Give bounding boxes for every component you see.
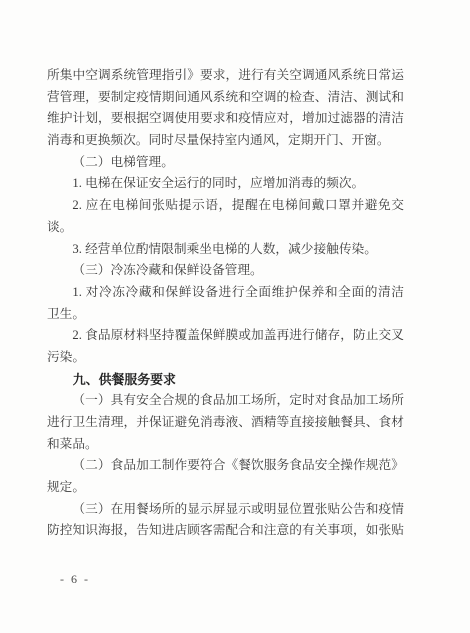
text-line: （一）具有安全合规的食品加工场所，定时对食品加工场所 (47, 390, 404, 412)
text-line: （二）电梯管理。 (47, 152, 404, 174)
text-line: （三）冷冻冷藏和保鲜设备管理。 (47, 260, 404, 282)
text-line: 1. 对冷冻冷藏和保鲜设备进行全面维护保养和全面的清洁 (47, 282, 404, 304)
page-number: - 6 - (60, 572, 90, 587)
text-line: 营管理，要制定疫情期间通风系统和空调的检查、清洁、测试和 (47, 87, 404, 109)
text-line: 2. 食品原材料坚持覆盖保鲜膜或加盖再进行储存，防止交叉 (47, 325, 404, 347)
text-line: （二）食品加工制作要符合《餐饮服务食品安全操作规范》 (47, 455, 404, 477)
text-line: 所集中空调系统管理指引》要求，进行有关空调通风系统日常运 (47, 65, 404, 87)
text-line: 规定。 (47, 477, 404, 499)
text-line: 2. 应在电梯间张贴提示语，提醒在电梯间戴口罩并避免交 (47, 195, 404, 217)
text-line: 进行卫生清理，并保证避免消毒液、酒精等直接接触餐具、食材 (47, 412, 404, 434)
text-line: 和菜品。 (47, 434, 404, 456)
text-line: 3. 经营单位酌情限制乘坐电梯的人数，减少接触传染。 (47, 239, 404, 261)
section-heading: 九、供餐服务要求 (47, 369, 404, 391)
text-line: 消毒和更换频次。同时尽量保持室内通风，定期开门、开窗。 (47, 130, 404, 152)
text-line: 谈。 (47, 217, 404, 239)
document-page: 所集中空调系统管理指引》要求，进行有关空调通风系统日常运营管理，要制定疫情期间通… (0, 0, 470, 633)
text-line: 卫生。 (47, 304, 404, 326)
text-line: （三）在用餐场所的显示屏显示或明显位置张贴公告和疫情 (47, 499, 404, 521)
text-line: 维护计划，要根据空调使用要求和疫情应对，增加过滤器的清洁 (47, 108, 404, 130)
text-line: 防控知识海报，告知进店顾客需配合和注意的有关事项，如张贴 (47, 520, 404, 542)
text-line: 污染。 (47, 347, 404, 369)
text-line: 1. 电梯在保证安全运行的同时，应增加消毒的频次。 (47, 173, 404, 195)
document-body: 所集中空调系统管理指引》要求，进行有关空调通风系统日常运营管理，要制定疫情期间通… (47, 65, 404, 542)
